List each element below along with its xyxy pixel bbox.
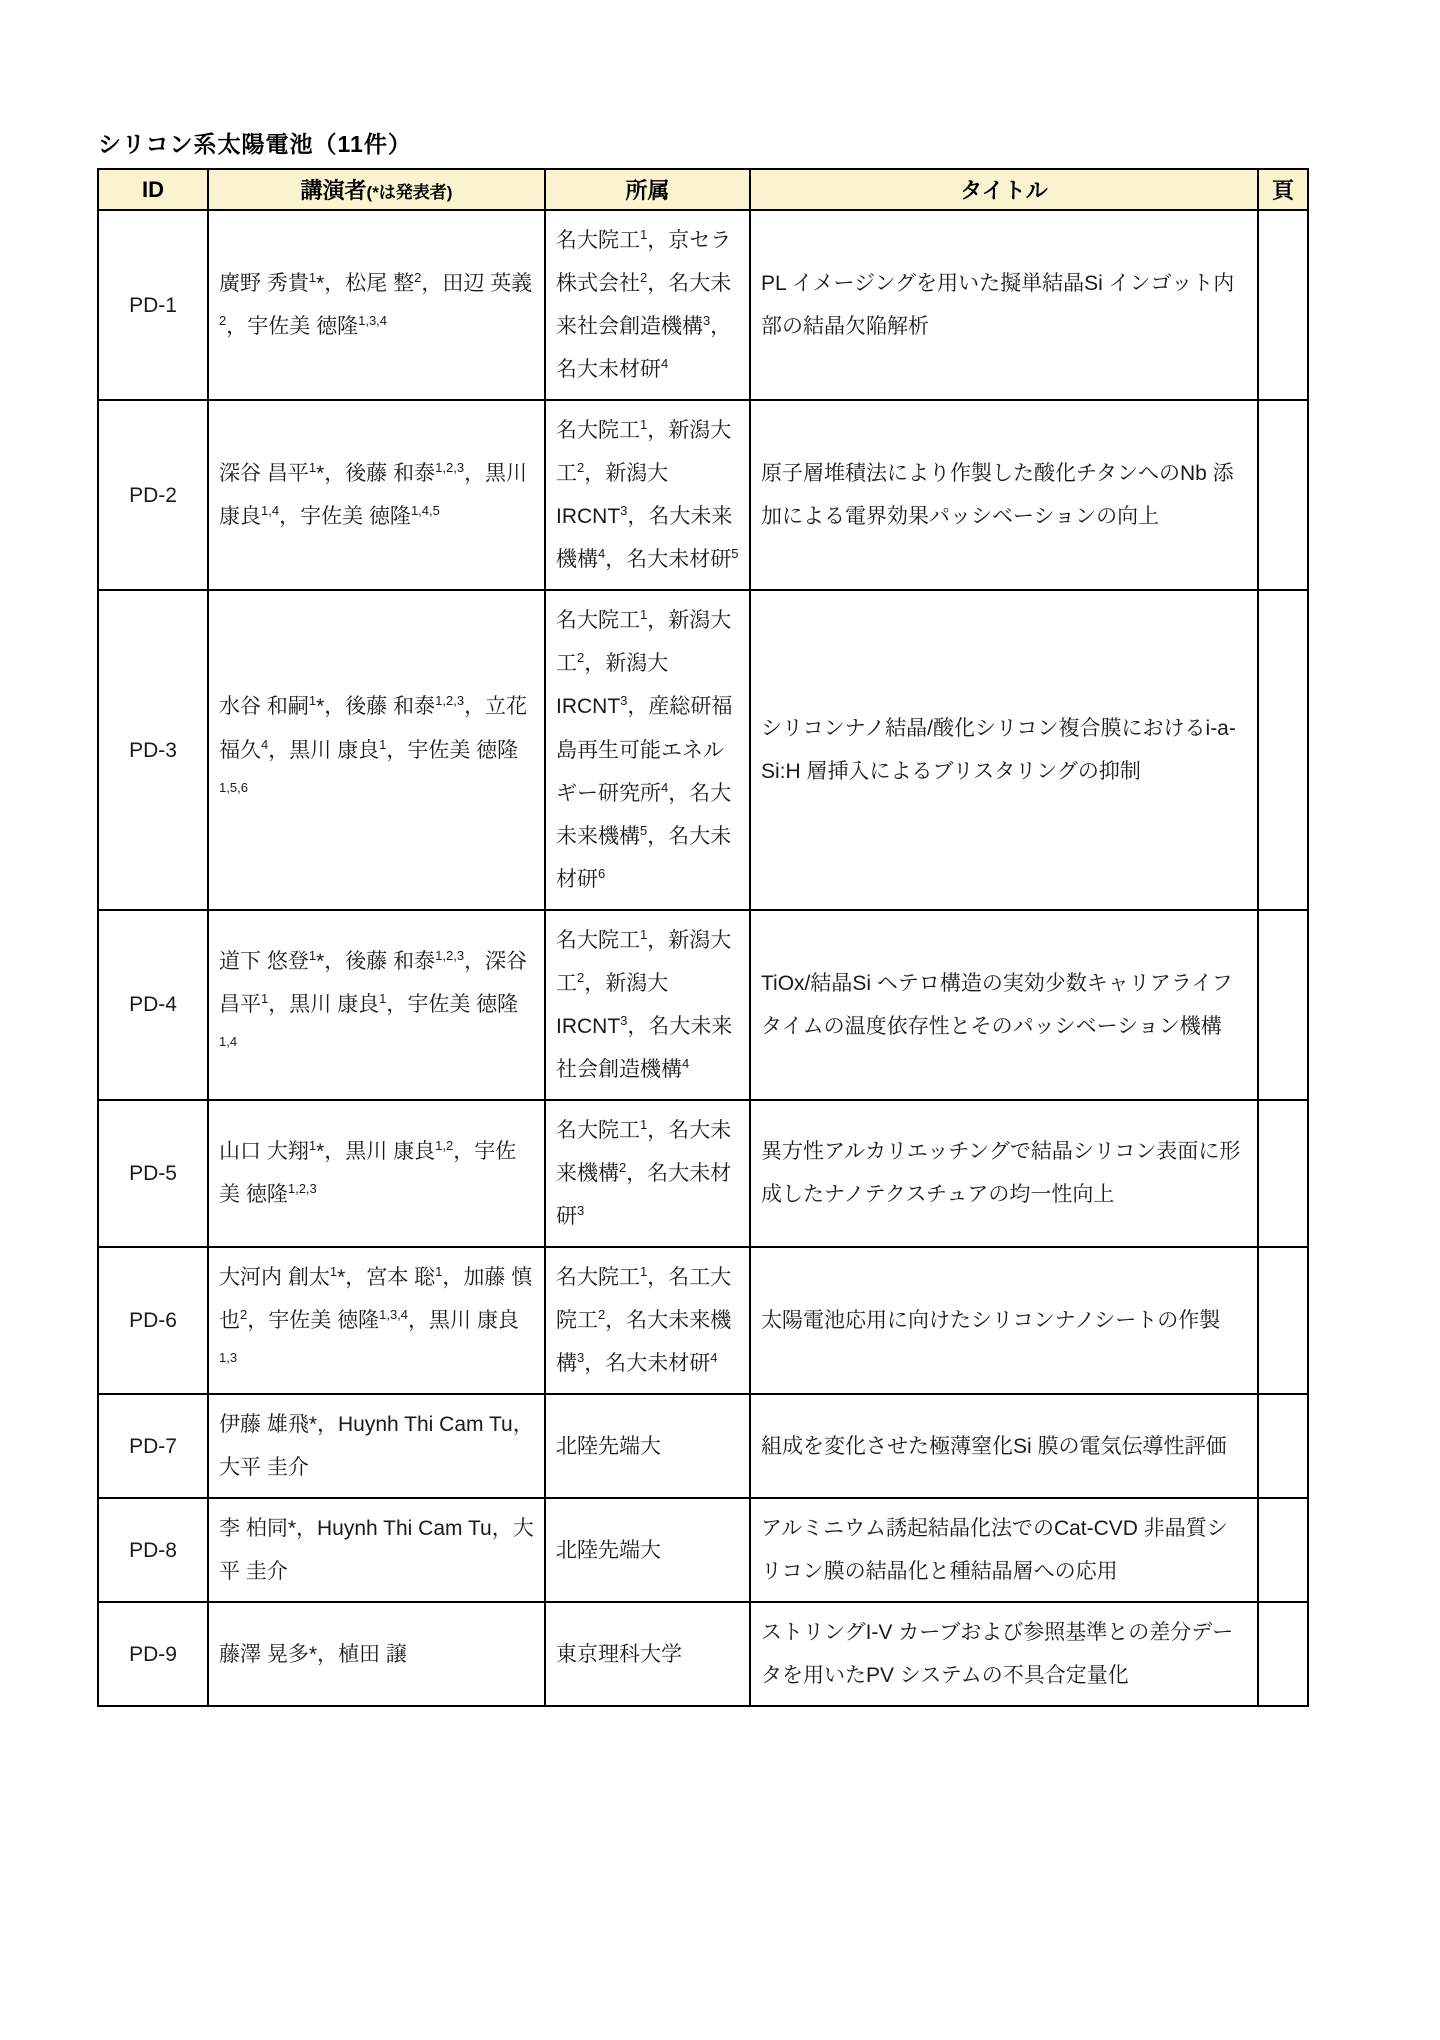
- row-speakers: 深谷 昌平1*，後藤 和泰1,2,3，黒川 康良1,4，宇佐美 徳隆1,4,5: [208, 400, 545, 590]
- document-page: シリコン系太陽電池（11件） ID 講演者(*は発表者) 所属 タイトル 頁 P…: [0, 0, 1440, 1707]
- header-speakers-label: 講演者: [301, 178, 367, 203]
- table-row: PD-7 伊藤 雄飛*，Huynh Thi Cam Tu，大平 圭介 北陸先端大…: [98, 1394, 1308, 1498]
- row-affiliation: 北陸先端大: [545, 1498, 750, 1602]
- header-id: ID: [98, 169, 208, 210]
- page-title: シリコン系太陽電池（11件）: [98, 126, 1345, 159]
- row-speakers: 山口 大翔1*，黒川 康良1,2，宇佐美 徳隆1,2,3: [208, 1100, 545, 1247]
- row-id: PD-9: [98, 1602, 208, 1706]
- row-affiliation: 名大院工1，新潟大工2，新潟大IRCNT3，名大未来機構4，名大未材研5: [545, 400, 750, 590]
- row-affiliation: 北陸先端大: [545, 1394, 750, 1498]
- header-speakers-note: (*は発表者): [367, 183, 453, 202]
- table-row: PD-9 藤澤 晃多*，植田 譲 東京理科大学 ストリングI-V カーブおよび参…: [98, 1602, 1308, 1706]
- row-speakers: 李 柏同*，Huynh Thi Cam Tu，大平 圭介: [208, 1498, 545, 1602]
- row-id: PD-4: [98, 910, 208, 1100]
- presentations-table: ID 講演者(*は発表者) 所属 タイトル 頁 PD-1 廣野 秀貴1*，松尾 …: [97, 168, 1309, 1707]
- row-title: 太陽電池応用に向けたシリコンナノシートの作製: [750, 1247, 1258, 1394]
- table-row: PD-3 水谷 和嗣1*，後藤 和泰1,2,3，立花 福久4，黒川 康良1，宇佐…: [98, 590, 1308, 909]
- header-speakers: 講演者(*は発表者): [208, 169, 545, 210]
- row-page: [1258, 1394, 1308, 1498]
- table-header-row: ID 講演者(*は発表者) 所属 タイトル 頁: [98, 169, 1308, 210]
- row-affiliation: 名大院工1，京セラ株式会社2，名大未来社会創造機構3，名大未材研4: [545, 210, 750, 400]
- row-speakers: 廣野 秀貴1*，松尾 整2，田辺 英義2，宇佐美 徳隆1,3,4: [208, 210, 545, 400]
- row-affiliation: 名大院工1，新潟大工2，新潟大IRCNT3，名大未来社会創造機構4: [545, 910, 750, 1100]
- row-id: PD-8: [98, 1498, 208, 1602]
- row-affiliation: 名大院工1，新潟大工2，新潟大IRCNT3，産総研福島再生可能エネルギー研究所4…: [545, 590, 750, 909]
- header-title: タイトル: [750, 169, 1258, 210]
- header-page: 頁: [1258, 169, 1308, 210]
- row-speakers: 藤澤 晃多*，植田 譲: [208, 1602, 545, 1706]
- row-page: [1258, 1100, 1308, 1247]
- row-title: 異方性アルカリエッチングで結晶シリコン表面に形成したナノテクスチュアの均一性向上: [750, 1100, 1258, 1247]
- row-page: [1258, 1602, 1308, 1706]
- row-affiliation: 名大院工1，名大未来機構2，名大未材研3: [545, 1100, 750, 1247]
- row-id: PD-3: [98, 590, 208, 909]
- table-row: PD-8 李 柏同*，Huynh Thi Cam Tu，大平 圭介 北陸先端大 …: [98, 1498, 1308, 1602]
- table-row: PD-6 大河内 創太1*，宮本 聡1，加藤 慎也2，宇佐美 徳隆1,3,4，黒…: [98, 1247, 1308, 1394]
- row-page: [1258, 590, 1308, 909]
- row-id: PD-7: [98, 1394, 208, 1498]
- table-row: PD-4 道下 悠登1*，後藤 和泰1,2,3，深谷 昌平1，黒川 康良1，宇佐…: [98, 910, 1308, 1100]
- row-id: PD-1: [98, 210, 208, 400]
- row-title: ストリングI-V カーブおよび参照基準との差分データを用いたPV システムの不具…: [750, 1602, 1258, 1706]
- row-speakers: 道下 悠登1*，後藤 和泰1,2,3，深谷 昌平1，黒川 康良1，宇佐美 徳隆1…: [208, 910, 545, 1100]
- row-title: PL イメージングを用いた擬単結晶Si インゴット内部の結晶欠陥解析: [750, 210, 1258, 400]
- table-row: PD-2 深谷 昌平1*，後藤 和泰1,2,3，黒川 康良1,4，宇佐美 徳隆1…: [98, 400, 1308, 590]
- row-id: PD-5: [98, 1100, 208, 1247]
- row-speakers: 水谷 和嗣1*，後藤 和泰1,2,3，立花 福久4，黒川 康良1，宇佐美 徳隆1…: [208, 590, 545, 909]
- row-page: [1258, 910, 1308, 1100]
- header-affiliation: 所属: [545, 169, 750, 210]
- row-title: 原子層堆積法により作製した酸化チタンへのNb 添加による電界効果パッシベーション…: [750, 400, 1258, 590]
- row-title: TiOx/結晶Si ヘテロ構造の実効少数キャリアライフタイムの温度依存性とそのパ…: [750, 910, 1258, 1100]
- row-page: [1258, 400, 1308, 590]
- row-id: PD-6: [98, 1247, 208, 1394]
- row-speakers: 大河内 創太1*，宮本 聡1，加藤 慎也2，宇佐美 徳隆1,3,4，黒川 康良1…: [208, 1247, 545, 1394]
- row-page: [1258, 210, 1308, 400]
- row-affiliation: 東京理科大学: [545, 1602, 750, 1706]
- row-id: PD-2: [98, 400, 208, 590]
- table-row: PD-1 廣野 秀貴1*，松尾 整2，田辺 英義2，宇佐美 徳隆1,3,4 名大…: [98, 210, 1308, 400]
- row-title: 組成を変化させた極薄窒化Si 膜の電気伝導性評価: [750, 1394, 1258, 1498]
- row-title: アルミニウム誘起結晶化法でのCat-CVD 非晶質シリコン膜の結晶化と種結晶層へ…: [750, 1498, 1258, 1602]
- row-page: [1258, 1498, 1308, 1602]
- row-page: [1258, 1247, 1308, 1394]
- row-title: シリコンナノ結晶/酸化シリコン複合膜におけるi-a-Si:H 層挿入によるブリス…: [750, 590, 1258, 909]
- row-speakers: 伊藤 雄飛*，Huynh Thi Cam Tu，大平 圭介: [208, 1394, 545, 1498]
- table-row: PD-5 山口 大翔1*，黒川 康良1,2，宇佐美 徳隆1,2,3 名大院工1，…: [98, 1100, 1308, 1247]
- row-affiliation: 名大院工1，名工大院工2，名大未来機構3，名大未材研4: [545, 1247, 750, 1394]
